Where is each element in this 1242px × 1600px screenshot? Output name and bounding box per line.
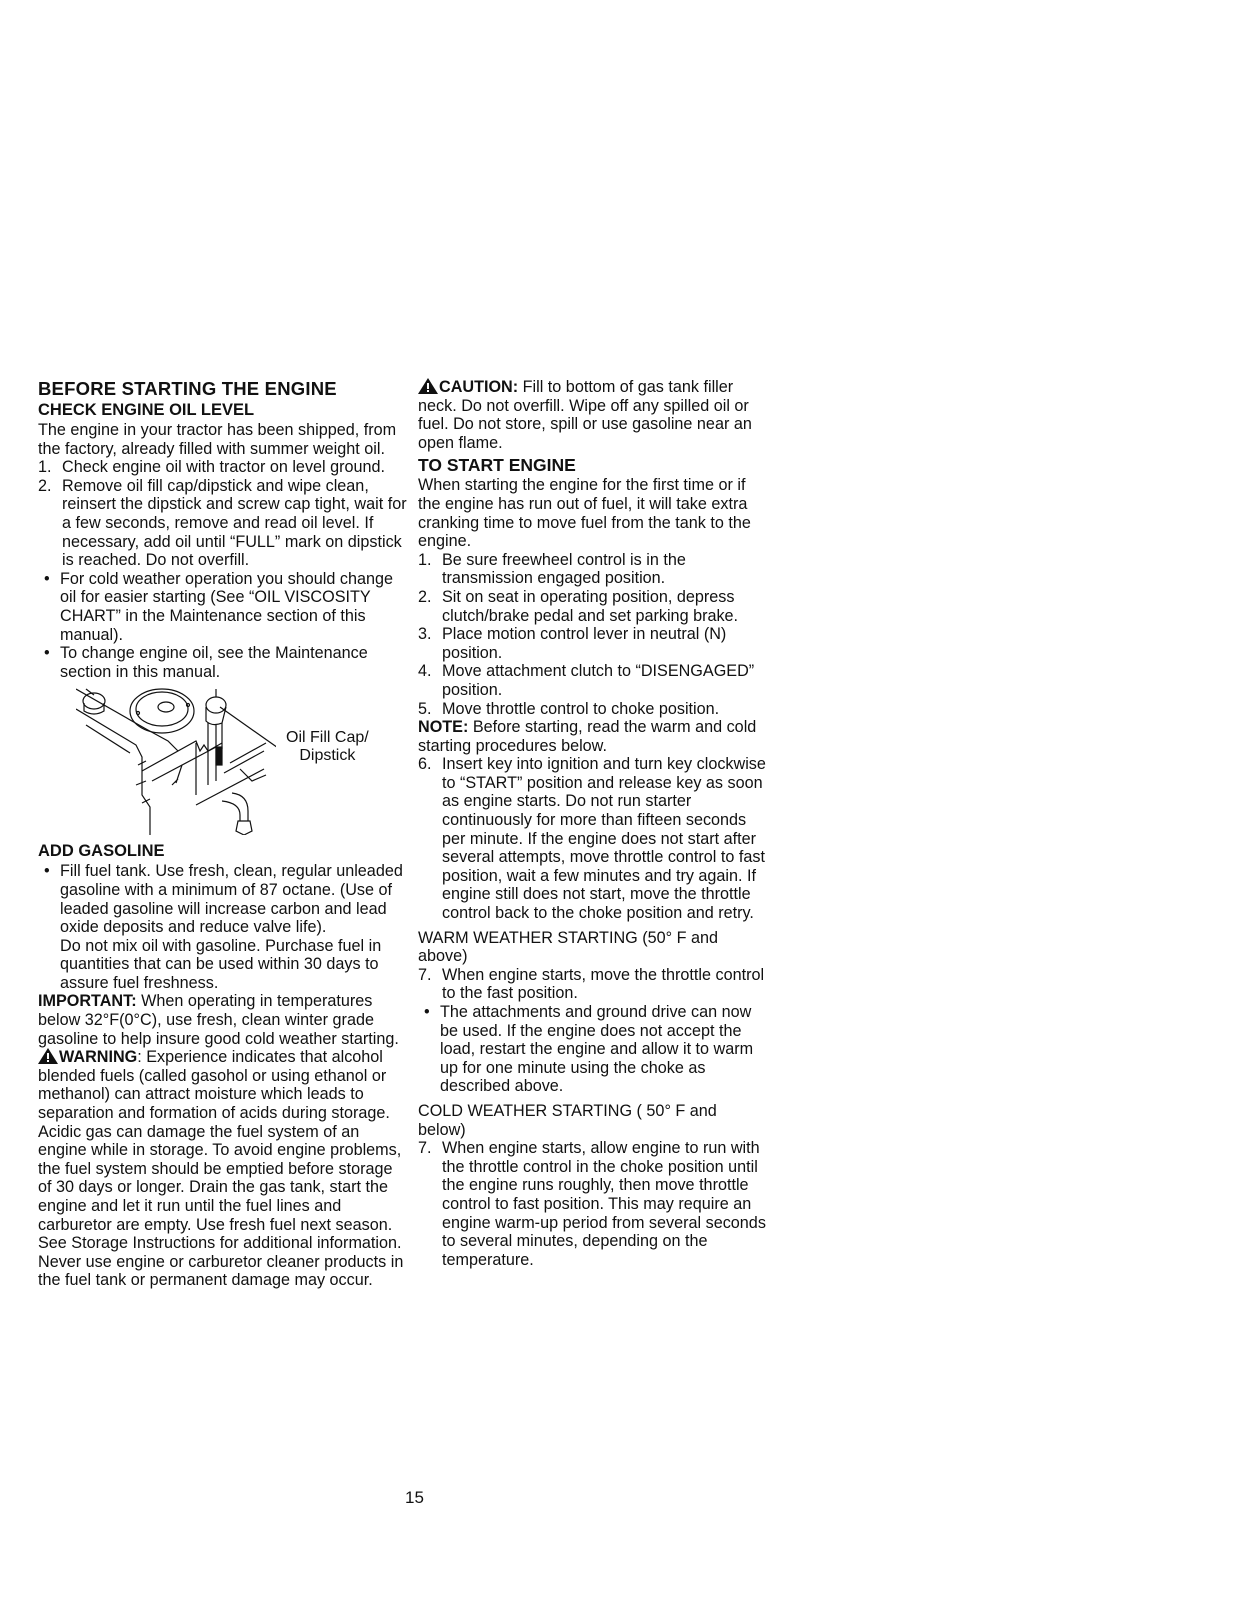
list-item: 2. Remove oil fill cap/dipstick and wipe… (38, 477, 408, 570)
list-number: 7. (418, 966, 442, 1003)
bullet-text: For cold weather operation you should ch… (60, 570, 408, 644)
list-text: Remove oil fill cap/dipstick and wipe cl… (62, 477, 408, 570)
bullet-text-part: Do not mix oil with gasoline. Purchase f… (60, 937, 381, 992)
page-title: BEFORE STARTING THE ENGINE (38, 378, 408, 400)
important-note: IMPORTANT: When operating in temperature… (38, 992, 408, 1048)
list-text: When engine starts, move the throttle co… (442, 966, 768, 1003)
caution-label: CAUTION: (439, 378, 518, 396)
bullet-item: • To change engine oil, see the Maintena… (38, 644, 408, 681)
list-number: 4. (418, 662, 442, 699)
note: NOTE: Before starting, read the warm and… (418, 718, 768, 755)
right-column: CAUTION: Fill to bottom of gas tank fill… (418, 378, 768, 1269)
list-item: 6. Insert key into ignition and turn key… (418, 755, 768, 922)
warning-triangle-icon (38, 1048, 58, 1064)
list-item: 2. Sit on seat in operating position, de… (418, 588, 768, 625)
list-number: 5. (418, 700, 442, 719)
warning-triangle-icon (418, 378, 438, 394)
list-text: Insert key into ignition and turn key cl… (442, 755, 768, 922)
bullet-item: • Fill fuel tank. Use fresh, clean, regu… (38, 862, 408, 992)
list-item: 5. Move throttle control to choke positi… (418, 700, 768, 719)
figure-label: Oil Fill Cap/ Dipstick (286, 729, 369, 765)
bullet-text: Fill fuel tank. Use fresh, clean, regula… (60, 862, 408, 992)
list-text: When engine starts, allow engine to run … (442, 1139, 768, 1269)
check-oil-intro: The engine in your tractor has been ship… (38, 421, 408, 458)
list-number: 6. (418, 755, 442, 922)
list-item: 4. Move attachment clutch to “DISENGAGED… (418, 662, 768, 699)
warning-text: : Experience indicates that alcohol blen… (38, 1048, 403, 1289)
list-number: 3. (418, 625, 442, 662)
list-number: 1. (418, 551, 442, 588)
caution-note: CAUTION: Fill to bottom of gas tank fill… (418, 378, 768, 452)
list-item: 3. Place motion control lever in neutral… (418, 625, 768, 662)
list-item: 1. Be sure freewheel control is in the t… (418, 551, 768, 588)
left-column: BEFORE STARTING THE ENGINE CHECK ENGINE … (38, 378, 408, 1290)
list-number: 1. (38, 458, 62, 477)
bullet-text-part: Fill fuel tank. Use fresh, clean, regula… (60, 862, 403, 936)
list-item: 7. When engine starts, move the throttle… (418, 966, 768, 1003)
figure-label-line: Dipstick (286, 747, 369, 765)
bullet-text: To change engine oil, see the Maintenanc… (60, 644, 408, 681)
oil-fill-figure: Oil Fill Cap/ Dipstick (38, 685, 408, 835)
list-number: 2. (418, 588, 442, 625)
engine-oil-fill-illustration-icon (76, 685, 276, 835)
bullet-icon: • (40, 862, 60, 992)
section-heading-check-oil: CHECK ENGINE OIL LEVEL (38, 400, 408, 421)
list-text: Sit on seat in operating position, depre… (442, 588, 768, 625)
list-item: 1. Check engine oil with tractor on leve… (38, 458, 408, 477)
bullet-icon: • (420, 1003, 440, 1096)
to-start-intro: When starting the engine for the first t… (418, 476, 768, 550)
list-text: Check engine oil with tractor on level g… (62, 458, 408, 477)
figure-label-line: Oil Fill Cap/ (286, 729, 369, 747)
cold-weather-heading: COLD WEATHER STARTING ( 50° F and below) (418, 1102, 768, 1139)
list-text: Place motion control lever in neutral (N… (442, 625, 768, 662)
list-text: Move attachment clutch to “DISENGAGED” p… (442, 662, 768, 699)
warning-note: WARNING: Experience indicates that alcoh… (38, 1048, 408, 1290)
list-number: 7. (418, 1139, 442, 1269)
important-label: IMPORTANT: (38, 992, 137, 1010)
section-heading-add-gasoline: ADD GASOLINE (38, 841, 408, 862)
warning-label: WARNING (59, 1048, 137, 1066)
list-number: 2. (38, 477, 62, 570)
note-text: Before starting, read the warm and cold … (418, 718, 756, 755)
bullet-text: The attachments and ground drive can now… (440, 1003, 768, 1096)
section-heading-to-start: TO START ENGINE (418, 454, 768, 476)
bullet-icon: • (40, 570, 60, 644)
bullet-item: • The attachments and ground drive can n… (418, 1003, 768, 1096)
note-label: NOTE: (418, 718, 468, 736)
bullet-item: • For cold weather operation you should … (38, 570, 408, 644)
list-item: 7. When engine starts, allow engine to r… (418, 1139, 768, 1269)
list-text: Move throttle control to choke position. (442, 700, 768, 719)
page-number: 15 (405, 1488, 424, 1508)
bullet-icon: • (40, 644, 60, 681)
warm-weather-heading: WARM WEATHER STARTING (50° F and above) (418, 929, 768, 966)
list-text: Be sure freewheel control is in the tran… (442, 551, 768, 588)
